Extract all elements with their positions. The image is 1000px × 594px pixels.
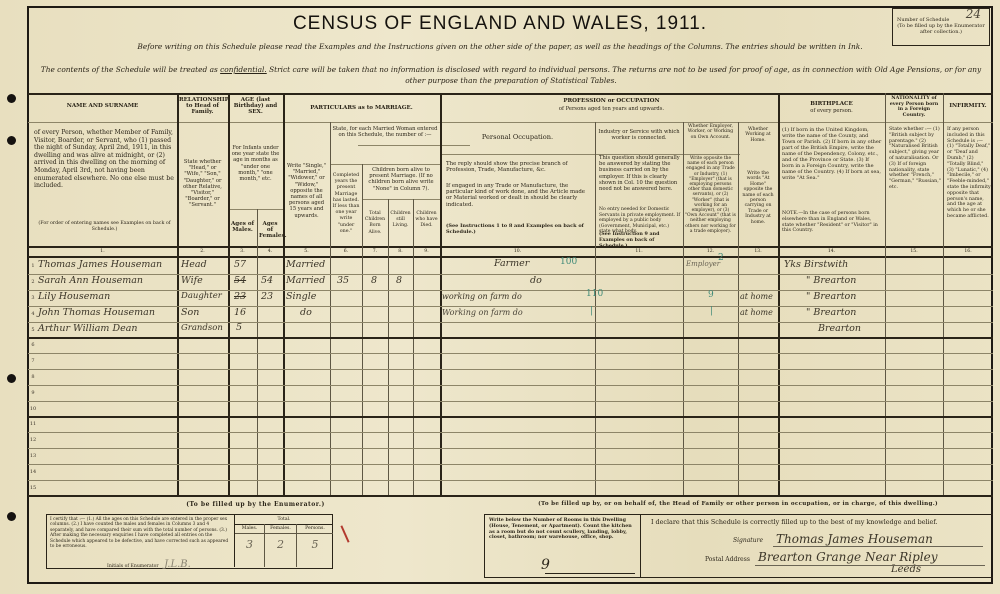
- divider: [330, 164, 440, 165]
- nationality-description: State whether :— (1) "British subject by…: [887, 127, 943, 191]
- heading-total-children: Total Children Born Alive.: [362, 211, 388, 236]
- column-divider: [283, 93, 285, 497]
- birthplace: " Brearton: [806, 291, 856, 302]
- row-number: 11: [29, 421, 37, 427]
- column-number: 10.: [440, 248, 595, 256]
- relationship: Wife: [181, 275, 203, 286]
- heading-age: AGE (last Birthday) and SEX.: [228, 97, 283, 116]
- row-number: 5: [29, 327, 37, 333]
- signature-value: Thomas James Houseman: [776, 532, 933, 546]
- row-number: 1: [29, 263, 37, 269]
- relationship: Grandson: [181, 323, 223, 333]
- column-number: 1.: [28, 248, 177, 256]
- heading-children-living: Children still Living.: [388, 211, 413, 230]
- occupation-code: 110: [586, 289, 603, 299]
- rooms-count: 9: [541, 557, 550, 573]
- marital-status: Married: [286, 275, 325, 286]
- confidential-word: confidential.: [220, 65, 267, 74]
- infirmity-description: If any person included in this Schedule …: [945, 127, 993, 220]
- heading-children-died: Children who have Died.: [413, 211, 440, 230]
- initials-value: J.L.B.: [164, 559, 191, 570]
- schedule-number-value: 24: [966, 11, 981, 17]
- heading-employer: Whether Employer, Worker, or Working on …: [683, 124, 738, 140]
- children-description: Children born alive to present Marriage.…: [362, 167, 440, 192]
- schedule-number-box: 24 Number of Schedule (To be filled up b…: [892, 8, 990, 46]
- census-table: NAME AND SURNAME of every Person, whethe…: [28, 93, 993, 497]
- males-count: 3: [235, 538, 264, 551]
- birthplace: Brearton: [818, 323, 861, 334]
- column-number: 4.: [257, 248, 283, 256]
- person-name: Thomas James Houseman: [38, 259, 162, 270]
- postal-address-line1: Brearton Grange Near Ripley: [758, 550, 938, 564]
- heading-personal-occupation: Personal Occupation.: [440, 133, 595, 141]
- column-number: 6.: [330, 248, 362, 256]
- industry-description: This question should generally be answer…: [597, 155, 683, 192]
- marital-status: Married: [286, 259, 325, 270]
- birthplace: Yks Birstwith: [784, 259, 848, 270]
- instruction-line: Before writing on this Schedule please r…: [0, 42, 1000, 51]
- head-section-title: (To be filled up by, or on behalf of, th…: [483, 501, 993, 507]
- birthplace: " Brearton: [806, 275, 856, 286]
- relationship: Son: [181, 307, 199, 318]
- occupation: working on farm do: [442, 292, 522, 301]
- occupation: do: [530, 275, 542, 286]
- row-number: 15: [29, 485, 37, 491]
- marital-status: do: [300, 307, 312, 318]
- marriage-write-description: Write "Single," "Married," "Widower," or…: [283, 163, 330, 219]
- heading-infirmity: INFIRMITY.: [943, 103, 993, 109]
- rooms-box: Write below the Number of Rooms in this …: [484, 514, 641, 578]
- column-number: 8.: [388, 248, 413, 256]
- divider: [440, 154, 740, 155]
- employment-status: Employer: [686, 260, 720, 268]
- enumerator-section-title: (To be filled up by the Enumerator.): [28, 501, 483, 508]
- heading-marriage: PARTICULARS as to MARRIAGE.: [283, 105, 440, 111]
- bottom-section: (To be filled up by the Enumerator.) (To…: [28, 497, 993, 584]
- column-number: 12.: [683, 248, 738, 256]
- postal-address-label: Postal Address: [705, 556, 750, 563]
- punch-hole: [7, 94, 16, 103]
- enumerator-certificate: I certify that :— (1.) All the ages on t…: [46, 514, 333, 569]
- heading-industry: Industry or Service with which worker is…: [595, 129, 683, 141]
- occupation-description-1: The reply should show the precise branch…: [444, 161, 594, 173]
- occupation-code: 100: [560, 257, 577, 267]
- column-number: 2.: [177, 248, 228, 256]
- heading-relationship: RELATIONSHIP to Head of Family.: [177, 97, 228, 116]
- totals-persons: Persons. 5: [297, 524, 333, 567]
- column-number: 16.: [943, 248, 993, 256]
- red-pencil-mark: [340, 525, 349, 542]
- occupation: Working on farm do: [442, 308, 523, 317]
- occupation-description-2: If engaged in any Trade or Manufacture, …: [444, 183, 594, 208]
- heading-ages-females: Ages of Females.: [257, 221, 283, 240]
- person-name: Arthur William Dean: [38, 323, 137, 334]
- age-male-struck: 23: [234, 291, 246, 302]
- totals-males: Males. 3: [235, 524, 265, 567]
- column-divider: [595, 122, 596, 497]
- heading-name: NAME AND SURNAME: [28, 103, 177, 109]
- punch-hole: [7, 512, 16, 521]
- row-number: 6: [29, 342, 37, 348]
- females-count: 2: [265, 538, 296, 551]
- row-number: 12: [29, 437, 37, 443]
- column-number: 3.: [228, 248, 257, 256]
- age-male-struck: 54: [234, 275, 246, 286]
- married-woman-description: State, for each Married Woman entered on…: [330, 126, 440, 138]
- divider: [28, 93, 993, 95]
- divider: [28, 122, 993, 123]
- age-description: For Infants under one year state the age…: [228, 145, 283, 182]
- row-number: 10: [29, 406, 37, 412]
- employer-description: Write opposite the name of each person e…: [683, 156, 738, 234]
- total-children: 8: [371, 275, 377, 286]
- occupation-code: |: [590, 306, 593, 316]
- declaration-box: I declare that this Schedule is correctl…: [641, 514, 993, 578]
- age-male: 5: [236, 322, 242, 333]
- name-note: (For order of entering names see Example…: [32, 221, 177, 233]
- relationship-description: State whether "Head," or "Wife," "Son," …: [177, 159, 228, 209]
- column-number: 11.: [595, 248, 683, 256]
- age-female: 23: [261, 291, 273, 302]
- column-number: 13.: [738, 248, 778, 256]
- column-number: 5.: [283, 248, 330, 256]
- years-married: 35: [337, 275, 349, 286]
- punch-hole: [7, 136, 16, 145]
- column-number: 15.: [885, 248, 943, 256]
- punch-hole: [7, 374, 16, 383]
- employment-code: |: [710, 306, 713, 316]
- age-male: 57: [234, 259, 246, 270]
- column-number: 9.: [413, 248, 440, 256]
- row-number: 7: [29, 358, 37, 364]
- heading-nationality: NATIONALITY of every Person born in a Fo…: [885, 96, 943, 118]
- person-name: Sarah Ann Houseman: [38, 275, 143, 286]
- row-number: 8: [29, 374, 37, 380]
- birthplace-description: (1) If born in the United Kingdom, write…: [780, 127, 884, 181]
- row-number: 2: [29, 279, 37, 285]
- birthplace-subheading: of every person.: [778, 108, 885, 114]
- row-number: 14: [29, 469, 37, 475]
- working-at-home: at home: [740, 308, 773, 317]
- years-married-description: Completed years the present Marriage has…: [330, 173, 362, 235]
- age-female: 54: [261, 275, 273, 286]
- signature-label: Signature: [733, 537, 763, 544]
- children-living: 8: [396, 275, 402, 286]
- row-number: 3: [29, 295, 37, 301]
- rooms-instruction: Write below the Number of Rooms in this …: [485, 515, 640, 544]
- name-description: of every Person, whether Member of Famil…: [32, 129, 177, 190]
- home-description: Write the words "At Home" opposite the n…: [738, 171, 778, 225]
- working-at-home: at home: [740, 292, 773, 301]
- relationship: Head: [181, 259, 207, 270]
- birthplace-note: NOTE.—In the case of persons born elsewh…: [780, 211, 884, 234]
- persons-count: 5: [297, 538, 333, 551]
- declaration-text: I declare that this Schedule is correctl…: [651, 518, 938, 526]
- column-divider: [413, 199, 414, 497]
- certificate-text: I certify that :— (1.) All the ages on t…: [50, 517, 232, 549]
- relationship: Daughter: [181, 291, 222, 301]
- heading-profession: PROFESSION or OCCUPATION: [440, 98, 783, 104]
- column-divider: [177, 93, 179, 497]
- heading-birthplace: BIRTHPLACE: [778, 101, 885, 107]
- occupation-description-3: (See Instructions 1 to 8 and Examples on…: [444, 223, 594, 235]
- schedule-number-note: (To be filled up by the Enumerator after…: [897, 23, 985, 35]
- birthplace: " Brearton: [806, 307, 856, 318]
- totals-females: Females. 2: [265, 524, 297, 567]
- column-divider: [943, 93, 944, 497]
- row-number: 9: [29, 390, 37, 396]
- row-number: 13: [29, 453, 37, 459]
- confidential-notice: The contents of the Schedule will be tre…: [36, 64, 986, 86]
- divider: [362, 199, 440, 200]
- profession-subheading: of Persons aged ten years and upwards.: [440, 106, 783, 112]
- heading-ages-males: Ages of Males.: [228, 221, 257, 233]
- totals-table: Total. Males. 3 Females. 2 Persons. 5: [234, 515, 333, 567]
- divider: [358, 145, 470, 146]
- employment-code: 2: [718, 253, 724, 263]
- age-male: 16: [234, 307, 246, 318]
- occupation: Farmer: [494, 258, 529, 269]
- census-schedule-page: CENSUS OF ENGLAND AND WALES, 1911. Befor…: [0, 0, 1000, 594]
- industry-description-3: (See Instruction 9 and Examples on back …: [597, 231, 683, 250]
- enumerator-initials: Initials of Enumerator J.L.B.: [107, 559, 191, 570]
- column-number: 7.: [362, 248, 388, 256]
- person-name: Lily Houseman: [38, 291, 110, 302]
- row-number: 4: [29, 311, 37, 317]
- person-name: John Thomas Houseman: [38, 307, 155, 318]
- heading-working-at-home: Whether Working at Home.: [738, 127, 778, 143]
- page-title: CENSUS OF ENGLAND AND WALES, 1911.: [0, 13, 1000, 35]
- column-number: 14.: [778, 248, 885, 256]
- column-divider: [388, 199, 389, 497]
- divider: [228, 209, 284, 210]
- marital-status: Single: [286, 291, 316, 302]
- employment-code: 9: [708, 290, 714, 300]
- column-divider: [885, 93, 886, 497]
